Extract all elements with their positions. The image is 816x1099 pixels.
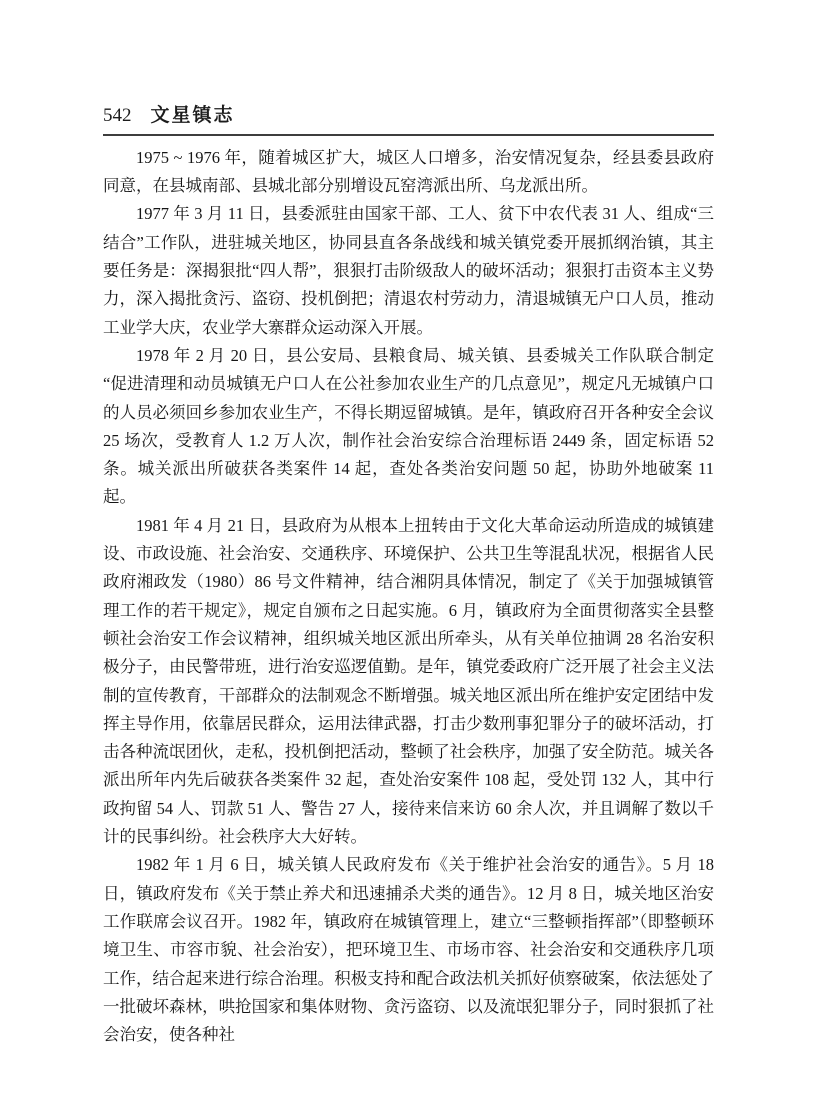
book-title: 文星镇志 — [151, 106, 235, 127]
paragraph-1977: 1977 年 3 月 11 日，县委派驻由国家干部、工人、贫下中农代表 31 人… — [103, 200, 714, 341]
running-header: 542 文星镇志 — [103, 106, 714, 136]
page-number: 542 — [103, 106, 132, 127]
paragraph-1978: 1978 年 2 月 20 日，县公安局、县粮食局、城关镇、县委城关工作队联合制… — [103, 342, 714, 512]
text-column: 542 文星镇志 1975 ~ 1976 年，随着城区扩大，城区人口增多，治安情… — [103, 106, 714, 1049]
book-page: 542 文星镇志 1975 ~ 1976 年，随着城区扩大，城区人口增多，治安情… — [0, 0, 816, 1099]
paragraph-1982: 1982 年 1 月 6 日，城关镇人民政府发布《关于维护社会治安的通告》。5 … — [103, 851, 714, 1049]
paragraph-1975: 1975 ~ 1976 年，随着城区扩大，城区人口增多，治安情况复杂，经县委县政… — [103, 144, 714, 201]
paragraph-1981: 1981 年 4 月 21 日，县政府为从根本上扭转由于文化大革命运动所造成的城… — [103, 512, 714, 852]
body-text: 1975 ~ 1976 年，随着城区扩大，城区人口增多，治安情况复杂，经县委县政… — [103, 144, 714, 1050]
